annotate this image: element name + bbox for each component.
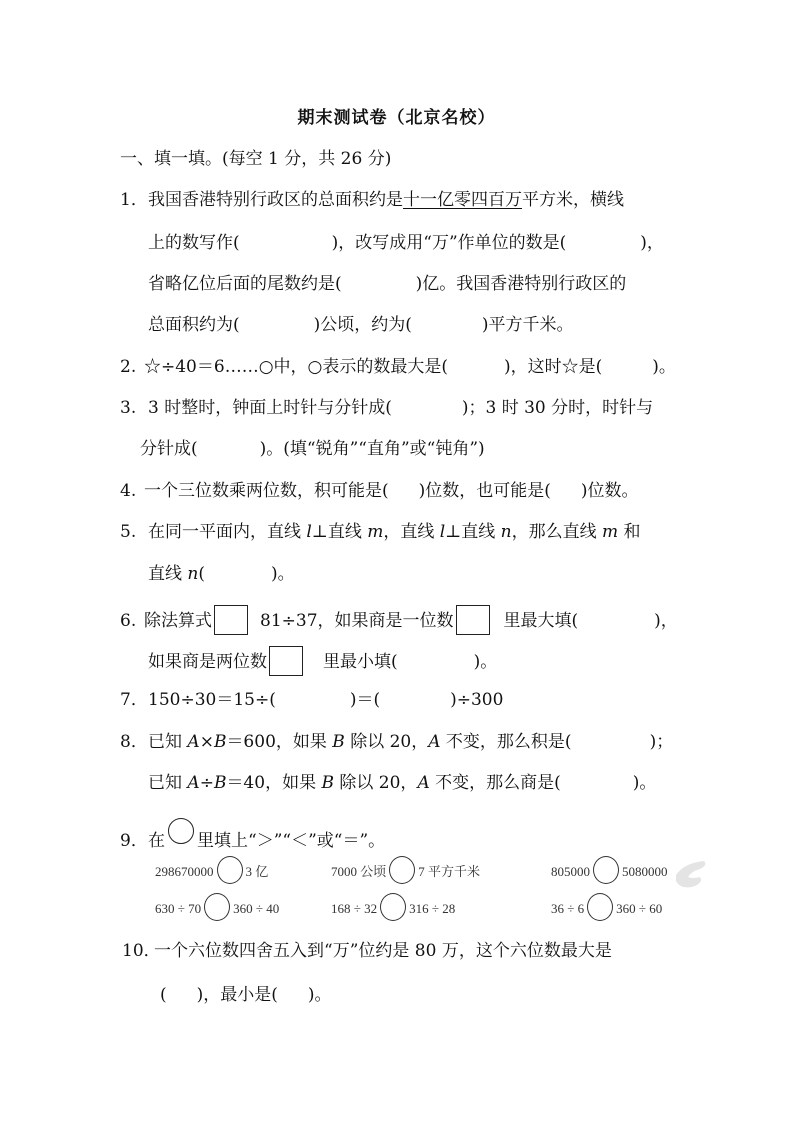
comparison-item: 8050005080000 — [551, 856, 668, 884]
comparison-circle[interactable] — [593, 856, 619, 884]
operator: × — [200, 732, 214, 752]
question-text: 省略亿位后面的尾数约是( — [148, 274, 342, 294]
comparison-item: 36 ÷ 6360 ÷ 60 — [551, 893, 662, 921]
question-number: 5. — [120, 521, 148, 543]
variable-b: B — [332, 732, 345, 752]
question-number: 6. — [120, 610, 144, 632]
question-text: )， — [654, 611, 678, 631]
comparison-item: 168 ÷ 32316 ÷ 28 — [331, 893, 455, 921]
question-number: 4. — [120, 480, 144, 502]
digit-box[interactable] — [269, 646, 303, 676]
question-text: 3 时整时，钟面上时针与分针成( — [148, 398, 392, 418]
comparison-right: 5080000 — [622, 864, 668, 879]
question-number: 7． — [120, 689, 148, 711]
question-text: 除以 20， — [334, 773, 417, 793]
question-text: 81÷37，如果商是一位数 — [260, 611, 454, 631]
question-text: )。 — [308, 985, 332, 1005]
comparison-right: 360 ÷ 60 — [616, 901, 662, 916]
comparison-left: 630 ÷ 70 — [155, 901, 201, 916]
question-text: )。 — [271, 564, 295, 584]
question-text: 上的数写作( — [148, 233, 240, 253]
variable-a: A — [187, 732, 199, 752]
question-text: 总面积约为( — [148, 315, 240, 335]
question-text: )， — [640, 233, 664, 253]
question-number: 9． — [120, 830, 148, 852]
question-text: 里填上“＞”“＜”或“＝”。 — [197, 831, 385, 851]
question-text: 在 — [148, 831, 165, 851]
question-text: )÷300 — [450, 690, 503, 710]
question-text: 直线 — [148, 564, 187, 584]
exam-title: 期末测试卷（北京名校） — [0, 103, 793, 128]
comparison-left: 805000 — [551, 864, 590, 879]
question-text: ☆÷40＝6……○中，○表示的数最大是( — [144, 357, 448, 377]
variable-n: n — [501, 522, 512, 542]
comparison-right: 7 平方千米 — [418, 864, 480, 879]
digit-box[interactable] — [456, 605, 490, 635]
question-text: )位数，也可能是( — [419, 481, 551, 501]
section-heading: 一、填一填。(每空 1 分，共 26 分) — [120, 148, 391, 170]
comparison-item: 630 ÷ 70360 ÷ 40 — [155, 893, 279, 921]
comparison-right: 360 ÷ 40 — [233, 901, 279, 916]
underlined-number-text: 十一亿零四百万 — [403, 190, 522, 210]
question-text: ⊥直线 — [445, 522, 500, 542]
question-text: 在同一平面内，直线 — [148, 522, 306, 542]
variable-m: m — [367, 522, 383, 542]
question-text: ⊥直线 — [312, 522, 367, 542]
question-text: )公顷，约为( — [314, 315, 412, 335]
question-text: 除以 20， — [345, 732, 428, 752]
variable-b: B — [214, 773, 227, 793]
circle-icon — [168, 818, 194, 844]
question-text: )。 — [633, 773, 657, 793]
question-text: 平方米，横线 — [522, 190, 624, 210]
comparison-right: 3 亿 — [246, 864, 269, 879]
variable-m: m — [602, 522, 618, 542]
question-text: 150÷30＝15÷( — [148, 690, 276, 710]
question-text: 已知 — [148, 773, 187, 793]
question-text: 我国香港特别行政区的总面积约是 — [148, 190, 403, 210]
question-7: 7．150÷30＝15÷()＝()÷300 — [120, 689, 503, 711]
question-text: )。 — [652, 357, 676, 377]
question-text: )位数。 — [581, 481, 639, 501]
question-text: )；3 时 30 分时，时针与 — [462, 398, 653, 418]
variable-b: B — [214, 732, 227, 752]
question-text: 分针成( — [140, 439, 198, 459]
question-text: )； — [650, 732, 674, 752]
question-text: )亿。我国香港特别行政区的 — [416, 274, 627, 294]
digit-box[interactable] — [214, 605, 248, 635]
question-text: 里最大填( — [504, 611, 579, 631]
question-text: 已知 — [148, 732, 187, 752]
comparison-left: 168 ÷ 32 — [331, 901, 377, 916]
variable-a: A — [187, 773, 199, 793]
question-text: ＝40，如果 — [226, 773, 321, 793]
comparison-circle[interactable] — [380, 893, 406, 921]
question-text: )，这时☆是( — [504, 357, 602, 377]
comparison-left: 298670000 — [155, 864, 214, 879]
watermark-icon — [670, 855, 710, 895]
question-text: )。(填“锐角”“直角”或“钝角”) — [260, 439, 485, 459]
comparison-circle[interactable] — [389, 856, 415, 884]
comparison-right: 316 ÷ 28 — [409, 901, 455, 916]
variable-n: n — [187, 564, 198, 584]
comparison-circle[interactable] — [587, 893, 613, 921]
comparison-item: 7000 公顷7 平方千米 — [331, 856, 480, 884]
question-number: 1． — [120, 189, 148, 211]
comparison-circle[interactable] — [217, 856, 243, 884]
comparison-circle[interactable] — [204, 893, 230, 921]
question-text: )，最小是( — [197, 985, 278, 1005]
question-text: )＝( — [350, 690, 380, 710]
operator: ÷ — [200, 773, 214, 793]
question-text: ( — [160, 985, 167, 1005]
question-number: 8． — [120, 731, 148, 753]
question-text: ，直线 — [383, 522, 439, 542]
variable-a: A — [428, 732, 440, 752]
comparison-item: 2986700003 亿 — [155, 856, 268, 884]
comparison-left: 36 ÷ 6 — [551, 901, 584, 916]
question-text: ( — [198, 564, 205, 584]
question-number: 10． — [122, 940, 154, 962]
question-text: 除法算式 — [144, 611, 212, 631]
question-2: 2.☆÷40＝6……○中，○表示的数最大是()，这时☆是()。 — [120, 356, 676, 378]
question-text: 和 — [618, 522, 640, 542]
exam-page: 期末测试卷（北京名校） 一、填一填。(每空 1 分，共 26 分) 1．我国香港… — [0, 0, 793, 1122]
question-text: 如果商是两位数 — [148, 652, 267, 672]
question-number: 2. — [120, 356, 144, 378]
question-text: )平方千米。 — [482, 315, 574, 335]
question-text: 一个三位数乘两位数，积可能是( — [144, 481, 389, 501]
question-4: 4.一个三位数乘两位数，积可能是()位数，也可能是()位数。 — [120, 480, 639, 502]
question-text: ，那么直线 — [512, 522, 602, 542]
variable-b: B — [321, 773, 334, 793]
question-text: 一个六位数四舍五入到“万”位约是 80 万，这个六位数最大是 — [154, 941, 612, 961]
question-number: 3. — [120, 397, 148, 419]
question-text: )，改写成用“万”作单位的数是( — [332, 233, 567, 253]
question-text: ＝600，如果 — [226, 732, 332, 752]
question-text: 不变，那么商是( — [430, 773, 561, 793]
question-text: )。 — [474, 652, 498, 672]
question-text: 不变，那么积是( — [441, 732, 572, 752]
question-text: 里最小填( — [323, 652, 398, 672]
variable-a: A — [417, 773, 429, 793]
comparison-left: 7000 公顷 — [331, 864, 386, 879]
